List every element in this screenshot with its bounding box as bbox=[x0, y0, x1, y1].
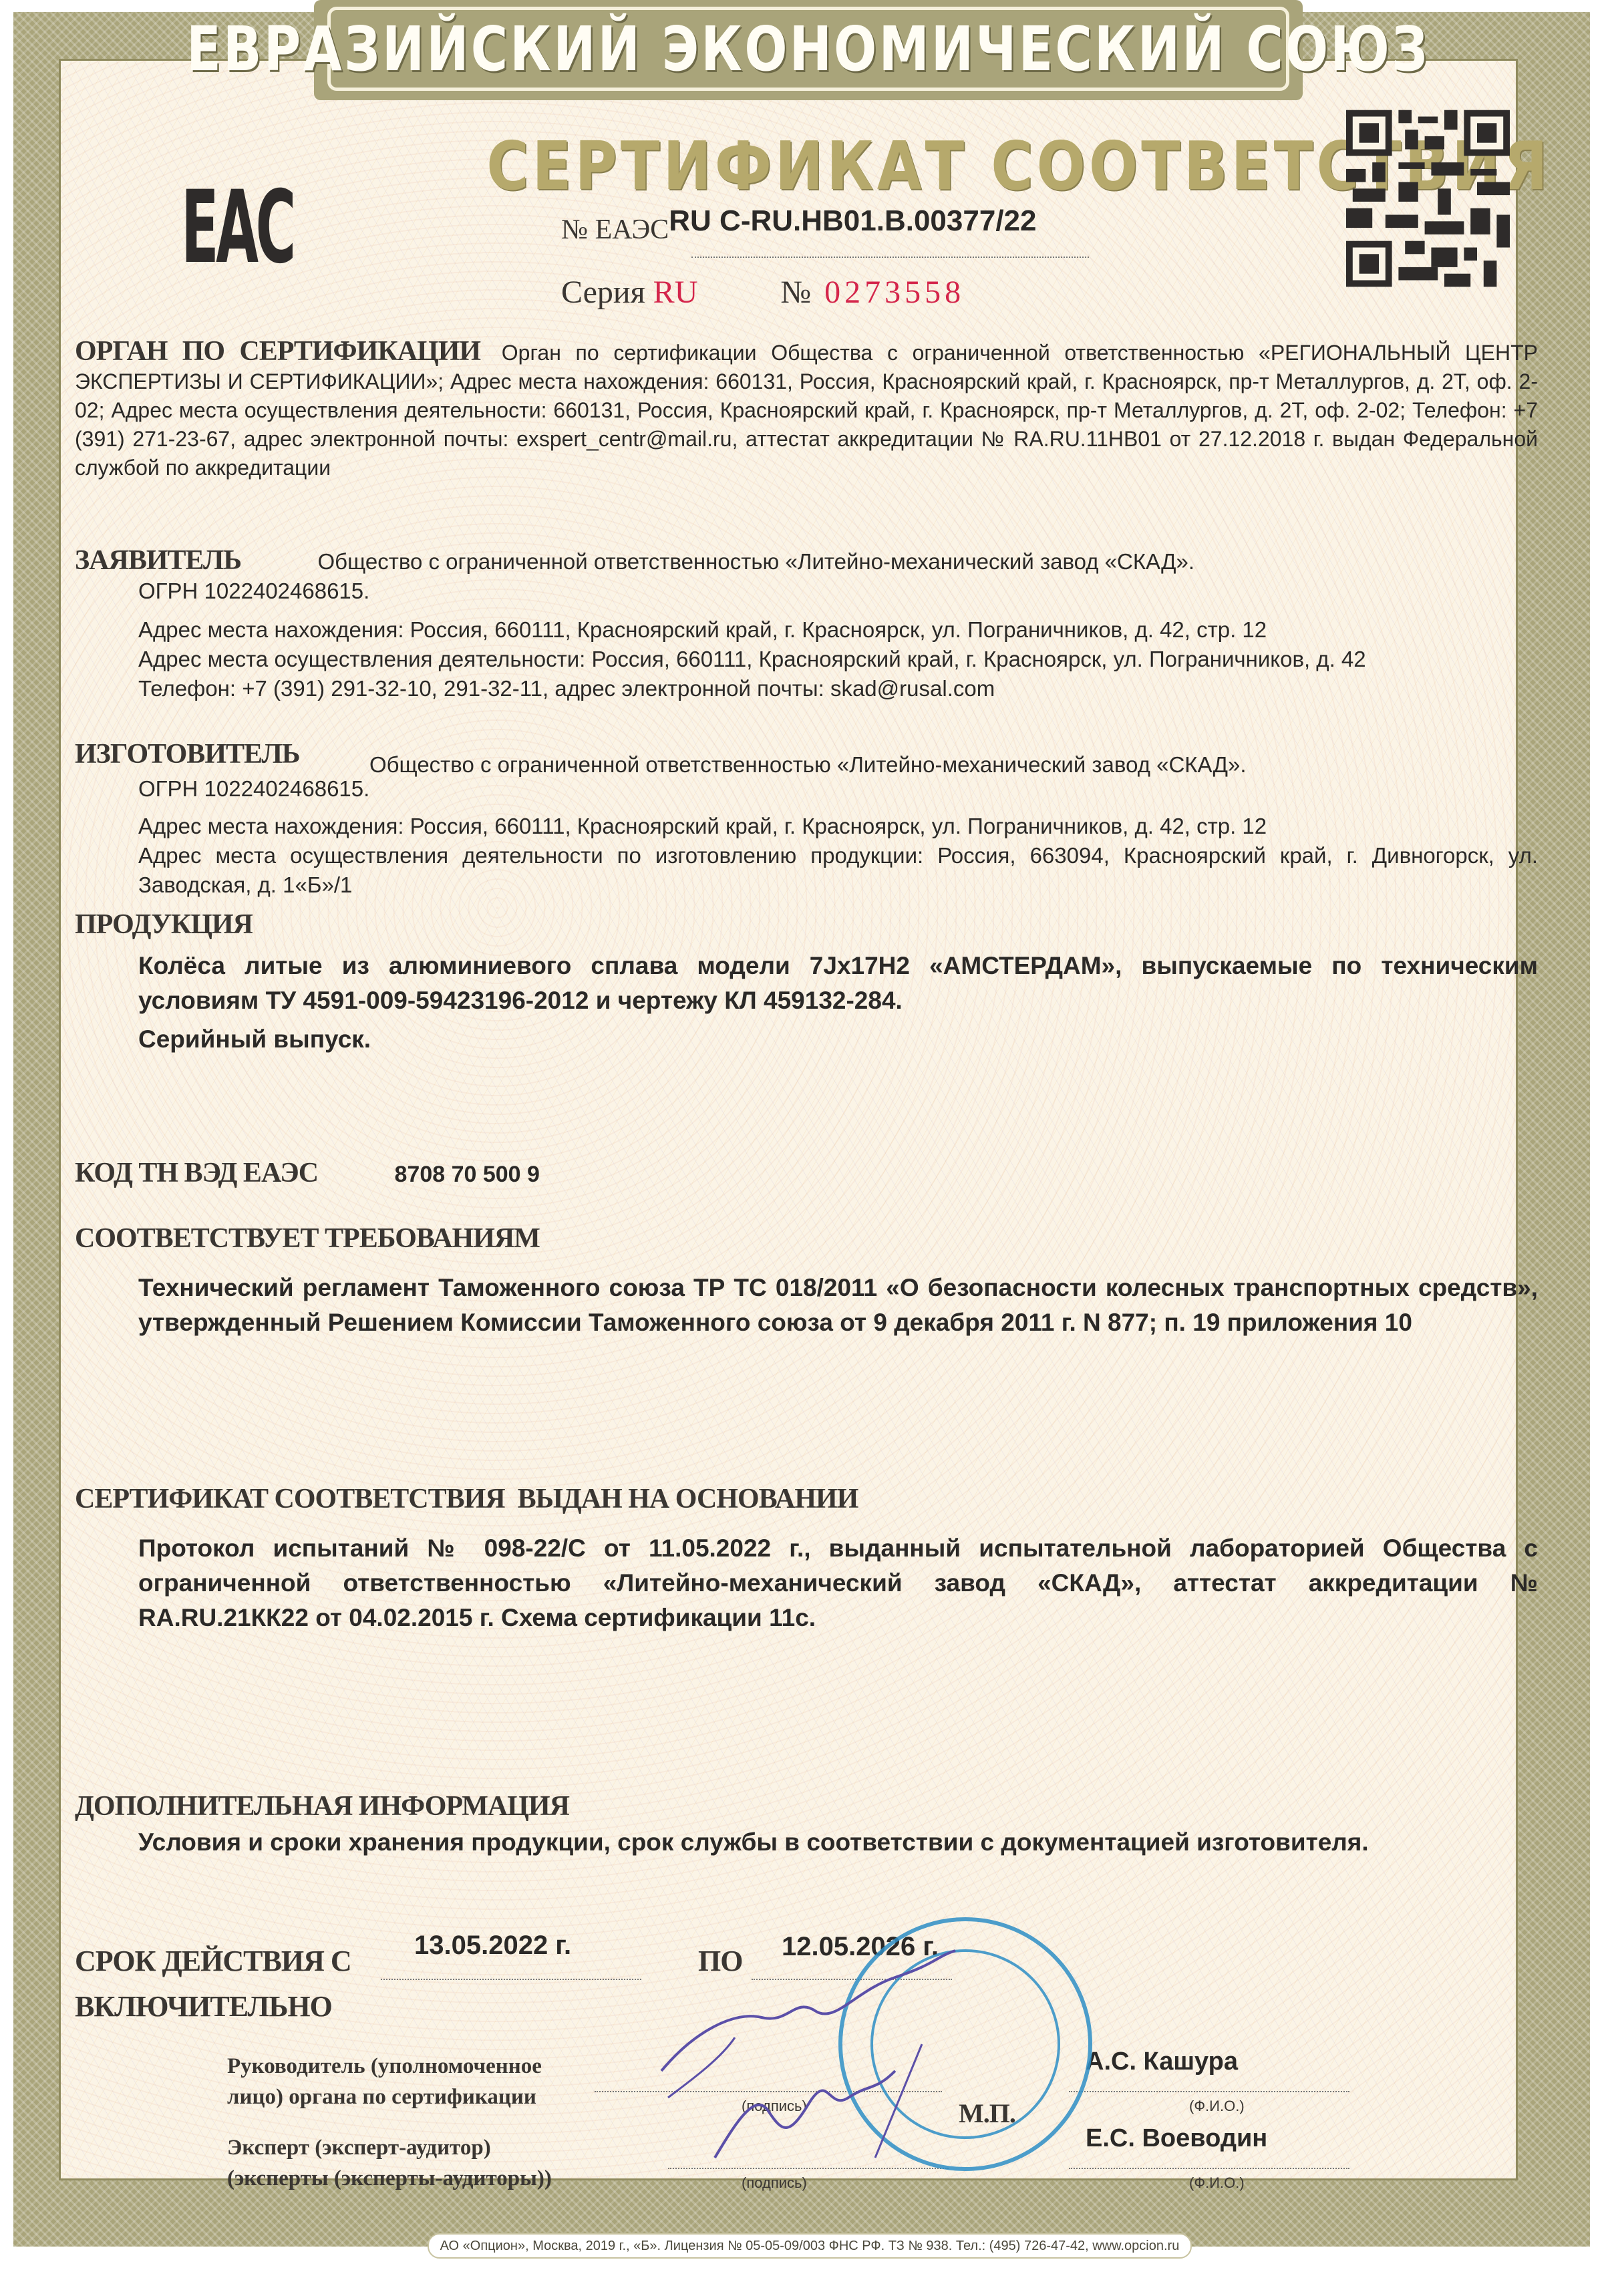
head-name-line bbox=[1069, 2091, 1349, 2092]
head-name-caption: (Ф.И.О.) bbox=[1189, 2098, 1245, 2115]
union-title: ЕВРАЗИЙСКИЙ ЭКОНОМИЧЕСКИЙ СОЮЗ bbox=[187, 13, 1430, 85]
signature-scribbles-icon bbox=[655, 1937, 962, 2178]
certificate-number: № ЕАЭСRU С-RU.НВ01.В.00377/22 bbox=[561, 212, 1036, 246]
section-applicant: ЗАЯВИТЕЛЬ Общество с ограниченной ответс… bbox=[75, 544, 1538, 703]
blank-number: 0273558 bbox=[824, 275, 965, 310]
qr-code-icon bbox=[1346, 109, 1510, 288]
section-product: ПРОДУКЦИЯ Колёса литые из алюминиевого с… bbox=[75, 909, 1538, 1057]
applicant-address: Адрес места нахождения: Россия, 660111, … bbox=[75, 615, 1538, 645]
manufacturer-address: Адрес места нахождения: Россия, 660111, … bbox=[75, 812, 1538, 841]
expert-name-line bbox=[1069, 2168, 1349, 2169]
union-banner-frame: ЕВРАЗИЙСКИЙ ЭКОНОМИЧЕСКИЙ СОЮЗ bbox=[327, 7, 1289, 91]
section-requirements: СООТВЕТСТВУЕТ ТРЕБОВАНИЯМ Технический ре… bbox=[75, 1222, 1538, 1340]
product-description: Колёса литые из алюминиевого сплава моде… bbox=[75, 949, 1538, 1018]
section-hs-code: КОД ТН ВЭД ЕАЭС 8708 70 500 9 bbox=[75, 1157, 1538, 1192]
applicant-ogrn: ОГРН 1022402468615. bbox=[75, 577, 1538, 606]
applicant-name: Общество с ограниченной ответственностью… bbox=[318, 549, 1195, 574]
expert-name: Е.С. Воеводин bbox=[1086, 2121, 1267, 2156]
seal-label: М.П. bbox=[959, 2098, 1015, 2129]
manufacturer-heading: ИЗГОТОВИТЕЛЬ bbox=[75, 739, 300, 770]
series-label: Серия bbox=[561, 275, 645, 310]
head-label: Руководитель (уполномоченное лицо) орган… bbox=[227, 2051, 542, 2112]
number-underline bbox=[691, 257, 1089, 258]
section-additional-info: ДОПОЛНИТЕЛЬНАЯ ИНФОРМАЦИЯ Условия и срок… bbox=[75, 1790, 1538, 1860]
certificate-title: СЕРТИФИКАТ СООТВЕТСТВИЯ bbox=[486, 127, 1130, 205]
expert-label: Эксперт (эксперт-аудитор) (эксперты (экс… bbox=[227, 2132, 552, 2194]
validity-from-date: 13.05.2022 г. bbox=[414, 1928, 571, 1963]
hs-code-value: 8708 70 500 9 bbox=[395, 1162, 540, 1187]
expert-name-caption: (Ф.И.О.) bbox=[1189, 2174, 1245, 2192]
validity-inclusive: ВКЛЮЧИТЕЛЬНО bbox=[75, 1989, 332, 2023]
eac-mark-icon: ЕАС bbox=[210, 179, 265, 286]
validity-from-label: СРОК ДЕЙСТВИЯ С bbox=[75, 1944, 351, 1978]
series-value: RU bbox=[653, 275, 698, 310]
applicant-heading: ЗАЯВИТЕЛЬ bbox=[75, 545, 241, 576]
product-heading: ПРОДУКЦИЯ bbox=[75, 909, 1538, 941]
head-name: А.С. Кашура bbox=[1086, 2044, 1238, 2079]
blank-number-label: № bbox=[780, 275, 811, 310]
applicant-contacts: Телефон: +7 (391) 291-32-10, 291-32-11, … bbox=[75, 674, 1538, 703]
additional-heading: ДОПОЛНИТЕЛЬНАЯ ИНФОРМАЦИЯ bbox=[75, 1790, 1538, 1822]
manufacturer-ogrn: ОГРН 1022402468615. bbox=[75, 774, 1538, 804]
section-certification-body: ОРГАН ПО СЕРТИФИКАЦИИ Орган по сертифика… bbox=[75, 337, 1538, 482]
hs-code-heading: КОД ТН ВЭД ЕАЭС bbox=[75, 1158, 318, 1188]
section-basis: СЕРТИФИКАТ СООТВЕТСТВИЯ ВЫДАН НА ОСНОВАН… bbox=[75, 1483, 1538, 1635]
basis-heading: СЕРТИФИКАТ СООТВЕТСТВИЯ ВЫДАН НА ОСНОВАН… bbox=[75, 1483, 1538, 1515]
validity-from-line bbox=[381, 1979, 641, 1980]
manufacturer-name: Общество с ограниченной ответственностью… bbox=[369, 752, 1247, 777]
number-prefix: № ЕАЭС bbox=[561, 214, 669, 245]
requirements-text: Технический регламент Таможенного союза … bbox=[75, 1271, 1538, 1340]
requirements-heading: СООТВЕТСТВУЕТ ТРЕБОВАНИЯМ bbox=[75, 1222, 1538, 1255]
basis-text: Протокол испытаний № 098-22/С от 11.05.2… bbox=[75, 1531, 1538, 1635]
section-manufacturer: ИЗГОТОВИТЕЛЬ Общество с ограниченной отв… bbox=[75, 738, 1538, 900]
union-banner: ЕВРАЗИЙСКИЙ ЭКОНОМИЧЕСКИЙ СОЮЗ bbox=[314, 0, 1303, 100]
blank-series: Серия RU № 0273558 bbox=[561, 274, 965, 311]
applicant-activity-address: Адрес места осуществления деятельности: … bbox=[75, 645, 1538, 674]
manufacturer-production-address: Адрес места осуществления деятельности п… bbox=[75, 841, 1538, 900]
number-value: RU С-RU.НВ01.В.00377/22 bbox=[669, 204, 1036, 237]
printer-footer: АО «Опцион», Москва, 2019 г., «Б». Лицен… bbox=[428, 2233, 1192, 2259]
additional-text: Условия и сроки хранения продукции, срок… bbox=[75, 1825, 1538, 1860]
product-release: Серийный выпуск. bbox=[75, 1022, 1538, 1057]
certification-body-heading: ОРГАН ПО СЕРТИФИКАЦИИ bbox=[75, 336, 480, 367]
